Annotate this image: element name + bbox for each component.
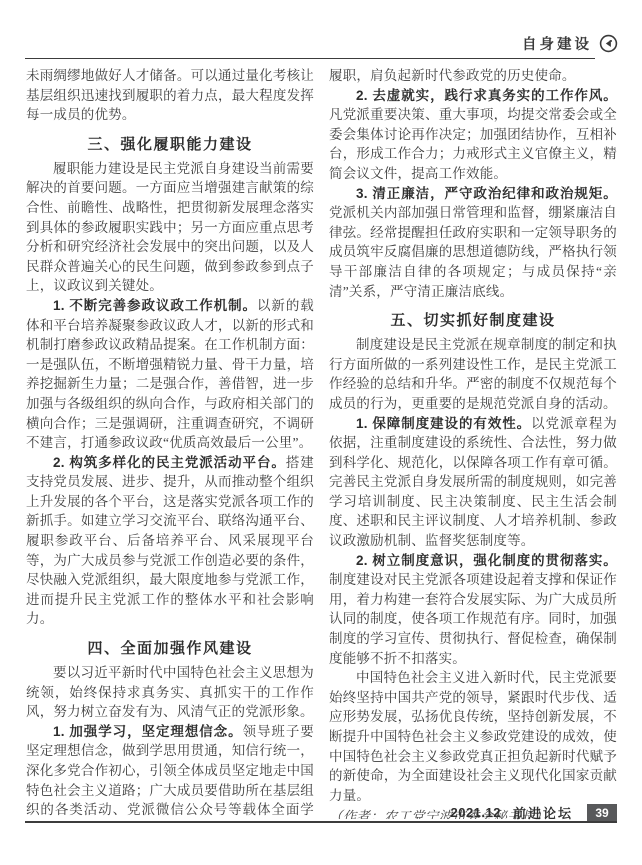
numbered-paragraph: 1. 不断完善参政议政工作机制。以新的载体和平台培养凝聚参政议政人才，以新的形式… — [26, 296, 314, 453]
paragraph-lead: 2. 去虚就实，践行求真务实的工作作风。 — [356, 88, 617, 103]
page-number-badge: 39 — [587, 804, 617, 822]
paragraph-continued: 未雨绸缪地做好人才储备。可以通过量化考核让基层组织迅速找到履职的着力点，最大程度… — [26, 66, 314, 125]
paragraph-text: 未雨绸缪地做好人才储备。可以通过量化考核让基层组织迅速找到履职的着力点，最大程度… — [26, 68, 314, 122]
paragraph-lead: 2. 构筑多样化的民主党派活动平台。 — [53, 455, 286, 470]
numbered-paragraph: 2. 树立制度意识，强化制度的贯彻落实。制度建设对民主党派各项建设起着支撑和保证… — [329, 551, 617, 669]
right-column: 履职，肩负起新时代参政党的历史使命。 2. 去虚就实，践行求真务实的工作作风。凡… — [329, 66, 617, 819]
section-label: 自身建设 — [522, 33, 592, 54]
numbered-paragraph: 3. 清正廉洁，严守政治纪律和政治规矩。党派机关内部加强日常管理和监督，绷紧廉洁… — [329, 184, 617, 302]
journal-title: 前进论坛 — [513, 803, 573, 822]
paragraph-text: 制度建设是民主党派在规章制度的制定和执行方面所做的一系列建设性工作，是民主党派工… — [329, 337, 617, 411]
paragraph-lead: 1. 加强学习，坚定理想信念。 — [53, 724, 243, 739]
article-body: 未雨绸缪地做好人才储备。可以通过量化考核让基层组织迅速找到履职的着力点，最大程度… — [26, 66, 617, 819]
page-footer: 2021.12 前进论坛 39 — [450, 803, 617, 822]
paragraph-text: 制度建设对民主党派各项建设起着支撑和保证作用，着力构建一套符合发展实际、为广大成… — [329, 572, 617, 665]
paragraph-text: 履职，肩负起新时代参政党的历史使命。 — [329, 68, 576, 83]
numbered-paragraph: 1. 保障制度建设的有效性。以党派章程为依据，注重制度建设的系统性、合法性，努力… — [329, 414, 617, 551]
paragraph-text: 履职能力建设是民主党派自身建设当前需要解决的首要问题。一方面应当增强建言献策的综… — [26, 161, 314, 294]
paragraph-text: 凡党派重要决策、重大事项，均提交常委会或全委会集体讨论再作决定；加强团结协作，互… — [329, 107, 617, 181]
section-heading-3: 三、强化履职能力建设 — [26, 133, 314, 154]
paragraph-text: 搭建支持党员发展、进步、提升，从而推动整个组织上升发展的各个平台，这是落实党派各… — [26, 455, 314, 627]
closing-paragraph: 中国特色社会主义进入新时代，民主党派要始终坚持中国共产党的领导，紧跟时代步伐、适… — [329, 668, 617, 805]
section-heading-4: 四、全面加强作风建设 — [26, 637, 314, 658]
paragraph-text: 中国特色社会主义进入新时代，民主党派要始终坚持中国共产党的领导，紧跟时代步伐、适… — [329, 670, 617, 803]
paragraph-lead: 3. 清正廉洁，严守政治纪律和政治规矩。 — [356, 186, 617, 201]
paragraph: 要以习近平新时代中国特色社会主义思想为统领，始终保持求真务实、真抓实干的工作作风… — [26, 663, 314, 722]
magazine-page: 自身建设 未雨绸缪地做好人才储备。可以通过量化考核让基层组织迅速找到履职的着力点… — [0, 0, 642, 865]
header-rule — [25, 58, 595, 59]
paragraph-text: 以党派章程为依据，注重制度建设的系统性、合法性，努力做到科学化、规范化，以保障各… — [329, 416, 617, 549]
paragraph-text: 以新的载体和平台培养凝聚参政议政人才，以新的形式和机制打磨参政议政精品提案。在工… — [26, 298, 314, 450]
numbered-paragraph: 2. 去虚就实，践行求真务实的工作作风。凡党派重要决策、重大事项，均提交常委会或… — [329, 86, 617, 184]
circle-back-arrow-icon — [599, 34, 618, 53]
issue-date: 2021.12 — [450, 805, 501, 820]
numbered-paragraph: 2. 构筑多样化的民主党派活动平台。搭建支持党员发展、进步、提升，从而推动整个组… — [26, 453, 314, 629]
paragraph-lead: 2. 树立制度意识，强化制度的贯彻落实。 — [356, 553, 617, 568]
paragraph-continued: 履职，肩负起新时代参政党的历史使命。 — [329, 66, 617, 86]
footer-rule — [25, 821, 617, 823]
left-column: 未雨绸缪地做好人才储备。可以通过量化考核让基层组织迅速找到履职的着力点，最大程度… — [26, 66, 314, 819]
page-header: 自身建设 — [522, 33, 618, 54]
paragraph-text: 要以习近平新时代中国特色社会主义思想为统领，始终保持求真务实、真抓实干的工作作风… — [26, 665, 314, 719]
paragraph-lead: 1. 保障制度建设的有效性。 — [356, 416, 531, 431]
paragraph-text: 党派机关内部加强日常管理和监督，绷紧廉洁自律弦。经常提醒担任政府实职和一定领导职… — [329, 205, 617, 298]
numbered-paragraph: 1. 加强学习，坚定理想信念。领导班子要坚定理想信念，做到学思用贯通，知信行统一… — [26, 722, 314, 819]
paragraph: 履职能力建设是民主党派自身建设当前需要解决的首要问题。一方面应当增强建言献策的综… — [26, 159, 314, 296]
paragraph: 制度建设是民主党派在规章制度的制定和执行方面所做的一系列建设性工作，是民主党派工… — [329, 335, 617, 413]
section-heading-5: 五、切实抓好制度建设 — [329, 309, 617, 330]
paragraph-lead: 1. 不断完善参政议政工作机制。 — [53, 298, 257, 313]
